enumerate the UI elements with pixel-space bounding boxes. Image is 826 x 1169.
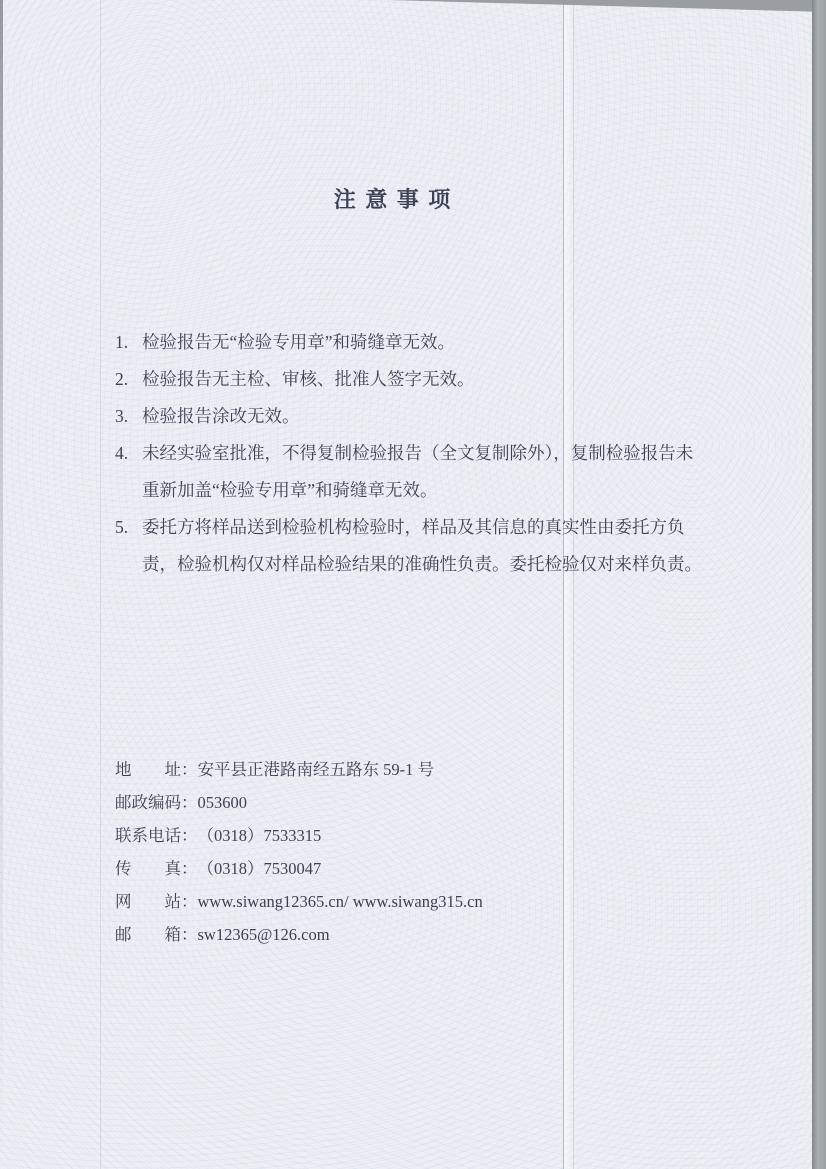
note-item-1: 1.检验报告无“检验专用章”和骑缝章无效。 [115, 324, 707, 361]
note-number: 3. [115, 398, 142, 435]
note-item-5: 5.委托方将样品送到检验机构检验时，样品及其信息的真实性由委托方负责，检验机构仅… [115, 509, 707, 583]
note-item-2: 2.检验报告无主检、审核、批准人签字无效。 [115, 361, 707, 398]
contact-block: 地 址：安平县正港路南经五路东 59-1 号 邮政编码：053600 联系电话：… [115, 753, 675, 951]
fold-line-secondary [573, 0, 574, 1169]
note-number: 4. [115, 435, 142, 472]
contact-label: 网 站： [115, 885, 198, 918]
note-text: 检验报告无主检、审核、批准人签字无效。 [142, 369, 475, 389]
contact-row-website: 网 站：www.siwang12365.cn/ www.siwang315.cn [115, 885, 675, 918]
note-text: 委托方将样品送到检验机构检验时，样品及其信息的真实性由委托方负责，检验机构仅对样… [142, 517, 702, 574]
notes-list: 1.检验报告无“检验专用章”和骑缝章无效。 2.检验报告无主检、审核、批准人签字… [115, 324, 707, 583]
contact-value: （0318）7533315 [198, 826, 322, 845]
contact-label: 邮 箱： [115, 918, 198, 951]
contact-label: 联系电话： [115, 819, 198, 852]
contact-value: 安平县正港路南经五路东 59-1 号 [198, 760, 435, 779]
note-item-4: 4.未经实验室批准，不得复制检验报告（全文复制除外），复制检验报告未重新加盖“检… [115, 435, 707, 509]
contact-value: sw12365@126.com [198, 925, 330, 944]
contact-value: （0318）7530047 [198, 859, 322, 878]
paper-page: 注 意 事 项 1.检验报告无“检验专用章”和骑缝章无效。 2.检验报告无主检、… [0, 0, 813, 1169]
contact-label: 邮政编码： [115, 786, 198, 819]
page-title: 注 意 事 项 [0, 183, 786, 214]
note-text: 检验报告无“检验专用章”和骑缝章无效。 [142, 332, 455, 352]
contact-value: www.siwang12365.cn/ www.siwang315.cn [198, 892, 483, 911]
contact-label: 传 真： [115, 852, 198, 885]
scanner-edge-left [0, 0, 3, 1169]
contact-row-phone: 联系电话：（0318）7533315 [115, 819, 675, 852]
note-number: 2. [115, 361, 142, 398]
crease-line-left [100, 0, 101, 1169]
contact-row-fax: 传 真：（0318）7530047 [115, 852, 675, 885]
note-number: 1. [115, 324, 142, 361]
contact-value: 053600 [198, 793, 248, 812]
fold-line-highlight [564, 0, 573, 1169]
contact-row-email: 邮 箱：sw12365@126.com [115, 918, 675, 951]
scanned-document: { "title": "注 意 事 项", "notes": [ { "num"… [0, 0, 826, 1169]
scanner-edge-right [812, 0, 826, 1169]
contact-row-address: 地 址：安平县正港路南经五路东 59-1 号 [115, 753, 675, 786]
contact-label: 地 址： [115, 753, 198, 786]
note-number: 5. [115, 509, 142, 546]
note-item-3: 3.检验报告涂改无效。 [115, 398, 707, 435]
note-text: 未经实验室批准，不得复制检验报告（全文复制除外），复制检验报告未重新加盖“检验专… [142, 443, 693, 500]
note-text: 检验报告涂改无效。 [142, 406, 300, 426]
contact-row-postcode: 邮政编码：053600 [115, 786, 675, 819]
